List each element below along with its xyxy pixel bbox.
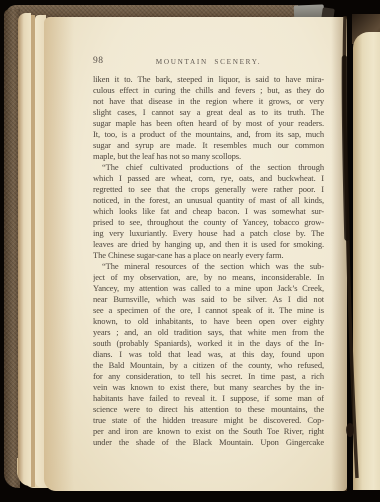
text-line: It, too, is a product of the mountains, … <box>93 129 324 140</box>
text-line: slight cases, I cannot say a great deal … <box>93 107 324 118</box>
text-line: Yancey, my attention was called to a min… <box>93 283 324 294</box>
text-line: ject of my observation, are, by no means… <box>93 272 324 283</box>
paragraph: “The mineral resources of the section wh… <box>93 261 324 448</box>
page-stack-edge-1 <box>18 13 31 486</box>
text-line: sugar and syrup are made. It resembles m… <box>93 140 324 151</box>
text-line: maple, but the leaf has not so many scol… <box>93 151 324 162</box>
text-line: habitants have failed to reveal it. I su… <box>93 393 324 404</box>
text-line: vein was known to exist there, but many … <box>93 382 324 393</box>
scanned-book-photo: 98 MOUNTAIN SCENERY. liken it to. The ba… <box>0 0 380 502</box>
text-line: regretted to see that the crops generall… <box>93 184 324 195</box>
text-line: known, to old inhabitants, to have been … <box>93 316 324 327</box>
text-line: which looks like fat and cheap bacon. I … <box>93 206 324 217</box>
paragraph: liken it to. The bark, steeped in liquor… <box>93 74 324 162</box>
text-line: which I passed are wheat, corn, rye, oat… <box>93 173 324 184</box>
text-line: per and iron are known to exist on the S… <box>93 426 324 437</box>
facing-page-sliver <box>353 32 380 490</box>
text-line: liken it to. The bark, steeped in liquor… <box>93 74 324 85</box>
text-line: years ; and, an old tradition says, that… <box>93 327 324 338</box>
text-line: near Burnsville, which was said to be si… <box>93 294 324 305</box>
text-line: ing very luxuriantly. Every house had a … <box>93 228 324 239</box>
text-line: dians. I was told that lead was, at this… <box>93 349 324 360</box>
paragraph: “The chief cultivated productions of the… <box>93 162 324 261</box>
text-line: for any consideration, to tell his secre… <box>93 371 324 382</box>
text-line: sugar maple has been often heard of by m… <box>93 118 324 129</box>
text-line: the Bald Mountain, by a citizen of the c… <box>93 360 324 371</box>
text-line: under the shade of the Black Mountain. U… <box>93 437 324 448</box>
text-line: “The chief cultivated productions of the… <box>93 162 324 173</box>
text-line: see a specimen of the ore, I cannot spea… <box>93 305 324 316</box>
text-line: not have that disease in the region wher… <box>93 96 324 107</box>
text-line: south (probably Spaniards), worked it in… <box>93 338 324 349</box>
text-line: “The mineral resources of the section wh… <box>93 261 324 272</box>
running-header: MOUNTAIN SCENERY. <box>93 58 324 66</box>
text-block: liken it to. The bark, steeped in liquor… <box>93 74 324 448</box>
text-line: The Chinese sugar-cane has a place on ne… <box>93 250 324 261</box>
text-line: true state of the hidden treasure might … <box>93 415 324 426</box>
text-line: noticed, in the forest, an unusual quant… <box>93 195 324 206</box>
text-line: prised to see, throughout the county of … <box>93 217 324 228</box>
text-line: science were to direct his attention to … <box>93 404 324 415</box>
text-line: leaves are dried by hanging up, and then… <box>93 239 324 250</box>
text-line: culous effect in curing the chills and f… <box>93 85 324 96</box>
